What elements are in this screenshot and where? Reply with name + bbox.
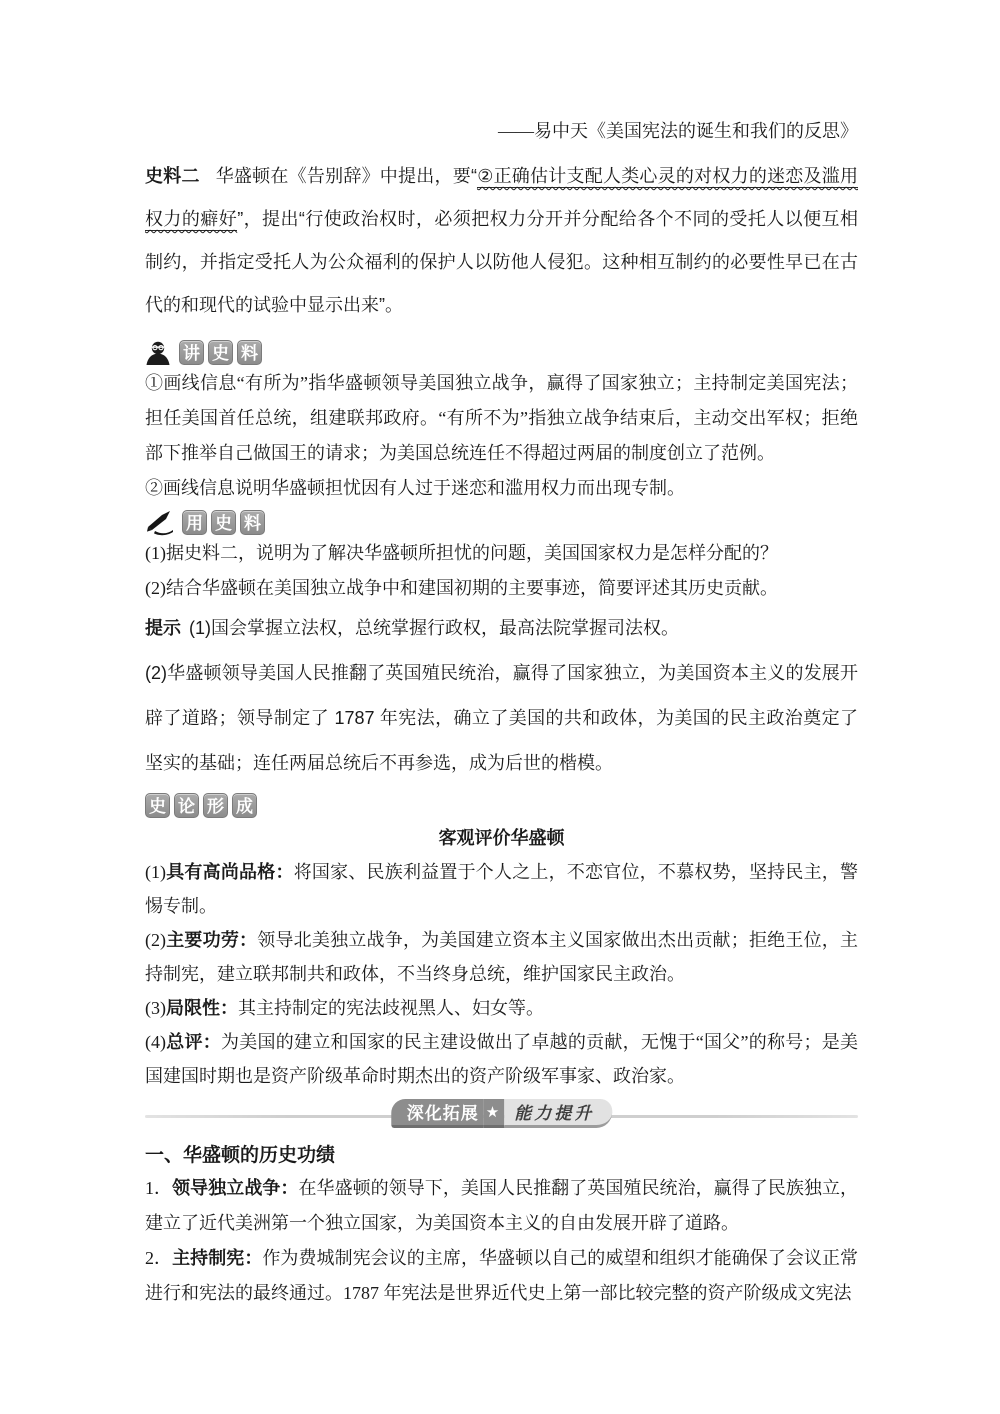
evaluation-item-2: (2)主要功劳：领导北美独立战争，为美国建立资本主义国家做出杰出贡献；拒绝王位，…	[145, 923, 858, 991]
hint-answer-1: 提示(1)国会掌握立法权，总统掌握行政权，最高法院掌握司法权。	[145, 606, 858, 651]
material-two-lead-text: 华盛顿在《告别辞》中提出，要“	[216, 166, 477, 186]
evaluation-item-1: (1)具有高尚品格：将国家、民族利益置于个人之上，不恋官位，不慕权势，坚持民主，…	[145, 855, 858, 923]
badge-char: 讲	[179, 340, 204, 365]
hint-label: 提示	[145, 618, 181, 638]
jiang-shiliao-badge: 讲 史 料	[145, 339, 858, 366]
badge-char: 用	[182, 510, 207, 535]
item-label: 主持制宪：	[172, 1248, 262, 1268]
item-label: 总评：	[166, 1032, 221, 1052]
question-1: (1)据史料二，说明为了解决华盛顿所担忧的问题，美国国家权力是怎样分配的？	[145, 536, 858, 571]
material-two-paragraph: 史料二华盛顿在《告别辞》中提出，要“②正确估计支配人类心灵的对权力的迷恋及滥用权…	[145, 155, 858, 327]
section-item-2: 2．主持制宪：作为费城制宪会议的主席，华盛顿以自己的威望和组织才能确保了会议正常…	[145, 1241, 858, 1311]
badge-char: 成	[232, 793, 257, 818]
item-number: (2)	[145, 930, 166, 950]
section-banner: 深化拓展 ★ 能力提升	[145, 1099, 858, 1131]
evaluation-item-4: (4)总评：为美国的建立和国家的民主建设做出了卓越的贡献，无愧于“国父”的称号；…	[145, 1025, 858, 1093]
badge-char: 史	[211, 510, 236, 535]
item-text: 其主持制定的宪法歧视黑人、妇女等。	[238, 998, 544, 1018]
banner-right-label: 能力提升	[504, 1099, 612, 1128]
star-icon: ★	[483, 1099, 504, 1128]
hint-answer-1-text: (1)国会掌握立法权，总统掌握行政权，最高法院掌握司法权。	[189, 618, 679, 638]
evaluation-item-3: (3)局限性：其主持制定的宪法歧视黑人、妇女等。	[145, 991, 858, 1025]
source-attribution: ——易中天《美国宪法的诞生和我们的反思》	[145, 0, 858, 141]
badge-char: 论	[174, 793, 199, 818]
material-two-rest-text: ”，提出“行使政治权时，必须把权力分开并分配给各个不同的受托人以便互相制约，并指…	[145, 209, 858, 315]
teacher-person-icon	[145, 340, 172, 366]
writing-pen-icon	[145, 510, 175, 536]
item-text: 为美国的建立和国家的民主建设做出了卓越的贡献，无愧于“国父”的称号；是美国建国时…	[145, 1032, 858, 1086]
material-two-label: 史料二	[145, 166, 200, 186]
badge-char: 形	[203, 793, 228, 818]
item-number: 1．	[145, 1178, 172, 1198]
evaluation-title: 客观评价华盛顿	[145, 821, 858, 855]
badge-char: 料	[237, 340, 262, 365]
hint-answer-2: (2)华盛顿领导美国人民推翻了英国殖民统治，赢得了国家独立，为美国资本主义的发展…	[145, 651, 858, 786]
annotation-explanation-2: ②画线信息说明华盛顿担忧因有人过于迷恋和滥用权力而出现专制。	[145, 471, 858, 506]
item-number: (4)	[145, 1032, 166, 1052]
banner-tab: 深化拓展 ★ 能力提升	[391, 1099, 612, 1128]
annotation-explanation-1: ①画线信息“有所为”指华盛顿领导美国独立战争，赢得了国家独立；主持制定美国宪法；…	[145, 366, 858, 471]
item-label: 领导独立战争：	[172, 1178, 298, 1198]
badge-char: 料	[240, 510, 265, 535]
question-2: (2)结合华盛顿在美国独立战争中和建国初期的主要事迹，简要评述其历史贡献。	[145, 571, 858, 606]
item-number: 2．	[145, 1248, 172, 1268]
shilun-xingcheng-badge: 史 论 形 成	[145, 792, 858, 819]
document-page: ——易中天《美国宪法的诞生和我们的反思》 史料二华盛顿在《告别辞》中提出，要“②…	[0, 0, 1000, 1414]
item-number: (1)	[145, 862, 166, 882]
badge-char: 史	[208, 340, 233, 365]
section-item-1: 1．领导独立战争：在华盛顿的领导下，美国人民推翻了英国殖民统治，赢得了民族独立，…	[145, 1171, 858, 1241]
section-heading: 一、华盛顿的历史功绩	[145, 1141, 858, 1171]
banner-left-label: 深化拓展	[391, 1099, 483, 1128]
item-label: 具有高尚品格：	[166, 862, 294, 882]
badge-char: 史	[145, 793, 170, 818]
item-label: 主要功劳：	[166, 930, 257, 950]
item-label: 局限性：	[166, 998, 238, 1018]
item-number: (3)	[145, 998, 166, 1018]
yong-shiliao-badge: 用 史 料	[145, 509, 858, 536]
